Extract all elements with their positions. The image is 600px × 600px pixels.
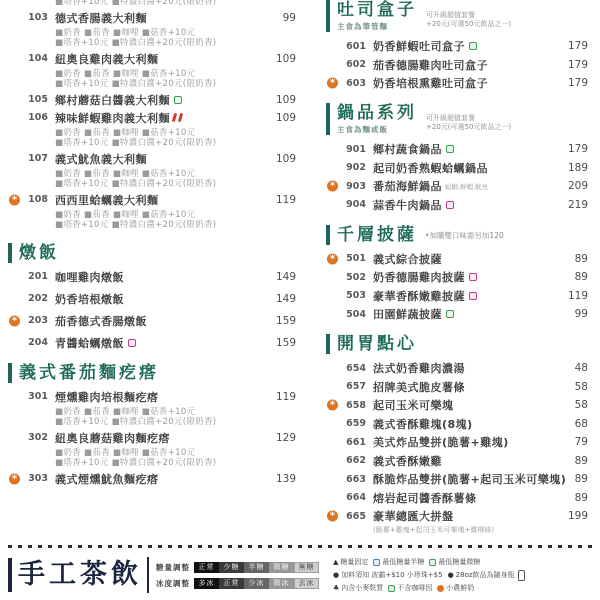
- badge-blue-icon: [373, 559, 380, 566]
- item-number: 105: [23, 94, 48, 105]
- recommended-badge-icon: *: [9, 473, 20, 484]
- item-number: 658: [341, 400, 366, 411]
- legend-row: ●加料須知 波霸+$10 小珍珠+$5●28oz飲品為隨身瓶: [328, 570, 525, 581]
- menu-item-row: *603奶香培根熏雞吐司盒子179: [326, 75, 594, 91]
- section-note-line: +20元(可選50元飲品之一): [426, 123, 511, 132]
- item-name: 奶香培根熏雞吐司盒子: [373, 75, 488, 91]
- section-title-box: 義式番茄麵疙瘩: [8, 363, 159, 383]
- item-name: 德式香腸義大利麵: [55, 10, 147, 26]
- menu-item-row: 201咖哩雞肉燉飯149: [8, 269, 302, 285]
- item-number: 665: [341, 511, 366, 522]
- magenta-badge-icon: [469, 273, 477, 281]
- item-price: 109: [272, 112, 296, 124]
- tea-section-title: 手工茶飲: [18, 558, 142, 592]
- item-price: 199: [564, 510, 588, 522]
- section-title-box: 千層披薩: [326, 225, 417, 245]
- item-price: 159: [272, 315, 296, 327]
- menu-item-row: 602茄香德腸雞肉吐司盒子179: [326, 57, 594, 73]
- menu-item-row: 104紐奧良雞肉義大利麵109: [8, 51, 302, 67]
- menu-item-row: *501義式綜合披薩89: [326, 251, 594, 267]
- section-title: 鍋品系列: [337, 103, 417, 123]
- item-price: 119: [564, 290, 588, 302]
- menu-item-row: *303義式煙燻魷魚麵疙瘩139: [8, 471, 302, 487]
- level-segment: 正常: [219, 578, 244, 589]
- badge-orange-icon: [437, 585, 444, 592]
- item-option-line: ■塔香+10元 ■特濃白醬+20元(限奶香): [8, 220, 302, 231]
- menu-item-row: 204青醬蛤蠣燉飯159: [8, 335, 302, 351]
- item-number: 659: [341, 418, 366, 429]
- menu-item-row: *665豪華總匯大拼盤199: [326, 508, 594, 524]
- item-number: 664: [341, 492, 366, 503]
- item-name: 起司玉米可樂塊: [373, 397, 454, 413]
- recommended-badge-icon: *: [9, 315, 20, 326]
- clover-icon: ♣: [333, 584, 339, 592]
- item-name: 奶香培根燉飯: [55, 291, 124, 307]
- item-option-line: ■奶香 ■茄香 ■咖哩 ■菇香+10元: [8, 210, 302, 221]
- menu-section: 義式番茄麵疙瘩301煙燻雞肉培根麵疙瘩119■奶香 ■茄香 ■咖哩 ■菇香+10…: [8, 363, 302, 487]
- item-price: 119: [272, 391, 296, 403]
- menu-item-row: *203茄香德式香腸燉飯159: [8, 313, 302, 329]
- section-title: 燉飯: [19, 243, 59, 263]
- item-price: 89: [571, 473, 588, 485]
- recommended-badge-icon: *: [327, 78, 338, 89]
- menu-item-row: 302紐奧良蘑菇雞肉麵疙瘩129: [8, 430, 302, 446]
- menu-item-row: 662義式香酥嫩雞89: [326, 453, 594, 469]
- item-number: 654: [341, 363, 366, 374]
- item-price: 48: [571, 362, 588, 374]
- item-price: 139: [272, 473, 296, 485]
- sugar-level-bar: 正常少糖半糖微糖無糖: [194, 562, 319, 573]
- item-name: 番茄海鮮鍋品: [373, 178, 442, 194]
- item-number: 601: [341, 41, 366, 52]
- item-option-line: ■奶香 ■茄香 ■咖哩 ■菇香+10元: [8, 448, 302, 459]
- item-price: 109: [272, 53, 296, 65]
- item-name: 義式香酥嫩雞: [373, 453, 442, 469]
- badge-green-icon: [388, 585, 395, 592]
- item-name: 奶香德腸雞肉披薩: [373, 269, 465, 285]
- section-subtitle: 主食為筆管麵: [337, 21, 417, 32]
- menu-right-column: 吐司盒子主食為筆管麵可升級超值套餐+20元(可選50元飲品之一)601奶香鮮蝦吐…: [326, 0, 594, 535]
- level-segment: 微冰: [269, 578, 294, 589]
- item-option-line: ■塔香+10元 ■特濃白醬+20元(限奶香): [8, 179, 302, 190]
- item-name: 熔岩起司醬香酥薯條: [373, 490, 477, 506]
- item-price: 89: [571, 492, 588, 504]
- item-name: 咖哩雞肉燉飯: [55, 269, 124, 285]
- vertical-divider: [147, 557, 149, 593]
- menu-item-row: 202奶香培根燉飯149: [8, 291, 302, 307]
- recommended-badge-icon: *: [9, 194, 20, 205]
- item-number: 203: [23, 315, 48, 326]
- legend-text: 28oz飲品為隨身瓶: [456, 570, 515, 580]
- item-price: 119: [272, 194, 296, 206]
- veggie-badge-icon: [446, 145, 454, 153]
- item-number: 904: [341, 199, 366, 210]
- item-price: 149: [272, 271, 296, 283]
- item-name: 酥脆炸品雙拼(脆薯+起司玉米可樂塊): [373, 471, 566, 487]
- menu-item-row: 904蒜香牛肉鍋品219: [326, 197, 594, 213]
- item-number: 107: [23, 153, 48, 164]
- item-number: 503: [341, 290, 366, 301]
- item-name: 起司奶香熟蝦蛤蠣鍋品: [373, 160, 488, 176]
- menu-item-row: 659義式香酥雞塊(8塊)68: [326, 416, 594, 432]
- veggie-badge-icon: [469, 42, 477, 50]
- sugar-level-row: 糖量調整 正常少糖半糖微糖無糖: [156, 562, 319, 573]
- dot-icon: ●: [448, 571, 454, 579]
- item-price: 179: [564, 143, 588, 155]
- item-name: 辣味鮮蝦雞肉義大利麵: [55, 110, 170, 126]
- level-segment: 半糖: [244, 562, 269, 573]
- item-number: 901: [341, 144, 366, 155]
- menu-item-row: 502奶香德腸雞肉披薩89: [326, 269, 594, 285]
- recommended-badge-icon: *: [327, 511, 338, 522]
- section-title: 吐司盒子: [337, 0, 417, 20]
- level-segment: 微糖: [269, 562, 294, 573]
- recommended-badge-icon: *: [327, 400, 338, 411]
- item-name: 義式綜合披薩: [373, 251, 442, 267]
- legend-text: 小農鮮奶: [446, 583, 474, 593]
- section-inline-note: •加購雙口味需另加120: [425, 230, 504, 245]
- item-name: 茄香德腸雞肉吐司盒子: [373, 57, 488, 73]
- menu-section: 鍋品系列主食為麵或飯可升級超值套餐+20元(可選50元飲品之一)901鄉村蔬食鍋…: [326, 103, 594, 213]
- menu-section: 千層披薩•加購雙口味需另加120*501義式綜合披薩89502奶香德腸雞肉披薩8…: [326, 225, 594, 323]
- menu-section: 燉飯201咖哩雞肉燉飯149202奶香培根燉飯149*203茄香德式香腸燉飯15…: [8, 243, 302, 351]
- item-number: 902: [341, 162, 366, 173]
- partial-option-line: ■塔香+10元 ■特濃白醬+20元(限奶香): [8, 0, 302, 8]
- item-name: 美式炸品雙拼(脆薯+雞塊): [373, 434, 509, 450]
- menu-item-row: 663酥脆炸品雙拼(脆薯+起司玉米可樂塊)89: [326, 471, 594, 487]
- section-title: 千層披薩: [337, 225, 417, 245]
- menu-item-row: 106辣味鮮蝦雞肉義大利麵109: [8, 110, 302, 126]
- footer-legend: ▲糖量固定最低糖量半糖最低糖量微糖●加料須知 波霸+$10 小珍珠+$5●28o…: [328, 557, 525, 593]
- item-small-note: 蛤蜊.鮮蝦.魷魚: [445, 182, 488, 191]
- item-price: 79: [571, 436, 588, 448]
- item-name: 義式魷魚義大利麵: [55, 151, 147, 167]
- level-segment: 正常: [194, 562, 219, 573]
- level-segment: 少糖: [219, 562, 244, 573]
- item-number: 502: [341, 272, 366, 283]
- menu-item-row: 504田園鮮蔬披薩99: [326, 306, 594, 322]
- item-name: 茄香德式香腸燉飯: [55, 313, 147, 329]
- menu-item-row: 654法式奶香雞肉濃湯48: [326, 360, 594, 376]
- spicy-icon: [178, 113, 183, 122]
- item-name: 招牌美式脆皮薯條: [373, 379, 465, 395]
- item-name: 義式煙燻魷魚麵疙瘩: [55, 471, 159, 487]
- item-number: 661: [341, 437, 366, 448]
- item-number: 202: [23, 293, 48, 304]
- item-option-line: ■奶香 ■茄香 ■咖哩 ■菇香+10元: [8, 69, 302, 80]
- ice-level-label: 冰度調整: [156, 578, 190, 589]
- legend-text: 加料須知 波霸+$10 小珍珠+$5: [341, 570, 442, 580]
- section-header: 義式番茄麵疙瘩: [8, 363, 302, 383]
- item-number: 106: [23, 112, 48, 123]
- menu-item-row: 661美式炸品雙拼(脆薯+雞塊)79: [326, 434, 594, 450]
- item-name: 蒜香牛肉鍋品: [373, 197, 442, 213]
- dashed-divider: [8, 545, 592, 548]
- item-option-line: ■塔香+10元 ■特濃白醬+20元(限奶香): [8, 38, 302, 49]
- legend-row: ♣內含小麥麩質不含咖啡因小農鮮奶: [328, 583, 525, 593]
- menu-item-row: *658起司玉米可樂塊58: [326, 397, 594, 413]
- item-number: 303: [23, 473, 48, 484]
- item-name: 鄉村蘑菇白醬義大利麵: [55, 92, 170, 108]
- ice-level-row: 冰度調整 多冰正常少冰微冰去冰: [156, 578, 319, 589]
- menu-item-row: 902起司奶香熟蝦蛤蠣鍋品189: [326, 160, 594, 176]
- section-note-line: 可升級超值套餐: [426, 11, 511, 20]
- item-name: 豪華香酥嫩雞披薩: [373, 288, 465, 304]
- legend-text: 糖量固定: [340, 557, 368, 567]
- legend-text: 內含小麥麩質: [341, 583, 383, 593]
- magenta-badge-icon: [128, 339, 136, 347]
- item-price: 159: [272, 337, 296, 349]
- item-number: 903: [341, 181, 366, 192]
- menu-item-row: 107義式魷魚義大利麵109: [8, 151, 302, 167]
- item-number: 602: [341, 59, 366, 70]
- section-header: 吐司盒子主食為筆管麵可升級超值套餐+20元(可選50元飲品之一): [326, 0, 594, 32]
- item-option-line: ■奶香 ■茄香 ■咖哩 ■菇香+10元: [8, 169, 302, 180]
- recommended-badge-icon: *: [327, 253, 338, 264]
- item-option-line: ■奶香 ■茄香 ■咖哩 ■菇香+10元: [8, 407, 302, 418]
- item-option-line: ■塔香+10元 ■特濃白醬+20元(限奶香): [8, 138, 302, 149]
- item-price: 109: [272, 94, 296, 106]
- veggie-badge-icon: [446, 310, 454, 318]
- item-name: 奶香鮮蝦吐司盒子: [373, 38, 465, 54]
- item-price: 149: [272, 293, 296, 305]
- menu-section: ■塔香+10元 ■特濃白醬+20元(限奶香)103德式香腸義大利麵99■奶香 ■…: [8, 0, 302, 231]
- menu-left-column: ■塔香+10元 ■特濃白醬+20元(限奶香)103德式香腸義大利麵99■奶香 ■…: [8, 0, 302, 489]
- legend-text: 最低糖量半糖: [382, 557, 424, 567]
- item-name: 田園鮮蔬披薩: [373, 306, 442, 322]
- item-price: 219: [564, 199, 588, 211]
- item-number: 302: [23, 432, 48, 443]
- item-price: 58: [571, 399, 588, 411]
- section-title-box: 燉飯: [8, 243, 59, 263]
- tea-footer: 手工茶飲 糖量調整 正常少糖半糖微糖無糖 冰度調整 多冰正常少冰微冰去冰 ▲糖量…: [0, 545, 600, 593]
- sugar-level-label: 糖量調整: [156, 562, 190, 573]
- menu-item-row: 301煙燻雞肉培根麵疙瘩119: [8, 389, 302, 405]
- section-title: 義式番茄麵疙瘩: [19, 363, 159, 383]
- item-price: 189: [564, 162, 588, 174]
- item-number: 504: [341, 309, 366, 320]
- triangle-icon: ▲: [333, 558, 338, 566]
- item-price: 99: [279, 12, 296, 24]
- item-price: 89: [571, 271, 588, 283]
- item-price: 179: [564, 77, 588, 89]
- recommended-badge-icon: *: [327, 181, 338, 192]
- magenta-badge-icon: [469, 292, 477, 300]
- item-price: 179: [564, 59, 588, 71]
- section-header: 開胃點心: [326, 334, 594, 354]
- section-title-box: 鍋品系列主食為麵或飯: [326, 103, 417, 135]
- menu-item-row: 105鄉村蘑菇白醬義大利麵109: [8, 92, 302, 108]
- item-name: 豪華總匯大拼盤: [373, 508, 454, 524]
- item-number: 108: [23, 194, 48, 205]
- item-name: 青醬蛤蠣燉飯: [55, 335, 124, 351]
- section-note: 可升級超值套餐+20元(可選50元飲品之一): [426, 114, 511, 135]
- item-price: 99: [571, 308, 588, 320]
- level-segment: 去冰: [294, 578, 319, 589]
- item-number: 603: [341, 78, 366, 89]
- section-title: 開胃點心: [337, 334, 417, 354]
- item-name: 西西里蛤蠣義大利麵: [55, 192, 159, 208]
- item-sub-note: (脆薯+雞塊+起司玉米可樂塊+雞柳條): [326, 526, 594, 535]
- item-option-line: ■奶香 ■茄香 ■咖哩 ■菇香+10元: [8, 28, 302, 39]
- ice-level-bar: 多冰正常少冰微冰去冰: [194, 578, 319, 589]
- menu-item-row: 901鄉村蔬食鍋品179: [326, 141, 594, 157]
- level-segment: 少冰: [244, 578, 269, 589]
- dot-icon: ●: [333, 571, 339, 579]
- item-number: 657: [341, 381, 366, 392]
- item-number: 301: [23, 391, 48, 402]
- legend-text: 不含咖啡因: [397, 583, 432, 593]
- item-name: 鄉村蔬食鍋品: [373, 141, 442, 157]
- item-name: 紐奧良雞肉義大利麵: [55, 51, 159, 67]
- menu-section: 吐司盒子主食為筆管麵可升級超值套餐+20元(可選50元飲品之一)601奶香鮮蝦吐…: [326, 0, 594, 91]
- magenta-badge-icon: [446, 201, 454, 209]
- section-subtitle: 主食為麵或飯: [337, 124, 417, 135]
- item-name: 義式香酥雞塊(8塊): [373, 416, 473, 432]
- item-price: 179: [564, 40, 588, 52]
- level-segment: 無糖: [294, 562, 319, 573]
- menu-item-row: 664熔岩起司醬香酥薯條89: [326, 490, 594, 506]
- menu-page: ■塔香+10元 ■特濃白醬+20元(限奶香)103德式香腸義大利麵99■奶香 ■…: [0, 0, 600, 600]
- item-number: 103: [23, 12, 48, 23]
- item-price: 68: [571, 418, 588, 430]
- veggie-badge-icon: [174, 96, 182, 104]
- section-note: 可升級超值套餐+20元(可選50元飲品之一): [426, 11, 511, 32]
- section-title-box: 吐司盒子主食為筆管麵: [326, 0, 417, 32]
- item-price: 89: [571, 455, 588, 467]
- section-note-line: +20元(可選50元飲品之一): [426, 20, 511, 29]
- section-header: 千層披薩•加購雙口味需另加120: [326, 225, 594, 245]
- bottle-icon: [518, 570, 525, 581]
- item-number: 662: [341, 455, 366, 466]
- tea-title-box: 手工茶飲: [8, 558, 142, 592]
- menu-item-row: 103德式香腸義大利麵99: [8, 10, 302, 26]
- item-name: 法式奶香雞肉濃湯: [373, 360, 465, 376]
- item-price: 109: [272, 153, 296, 165]
- menu-item-row: *108西西里蛤蠣義大利麵119: [8, 192, 302, 208]
- legend-text: 最低糖量微糖: [438, 557, 480, 567]
- section-title-box: 開胃點心: [326, 334, 417, 354]
- spicy-icon: [172, 113, 177, 122]
- item-number: 104: [23, 53, 48, 64]
- item-name: 紐奧良蘑菇雞肉麵疙瘩: [55, 430, 170, 446]
- item-price: 209: [564, 180, 588, 192]
- item-price: 58: [571, 381, 588, 393]
- item-number: 204: [23, 337, 48, 348]
- legend-row: ▲糖量固定最低糖量半糖最低糖量微糖: [328, 557, 525, 567]
- menu-section: 開胃點心654法式奶香雞肉濃湯48657招牌美式脆皮薯條58*658起司玉米可樂…: [326, 334, 594, 535]
- badge-green-icon: [429, 559, 436, 566]
- section-header: 燉飯: [8, 243, 302, 263]
- menu-item-row: 601奶香鮮蝦吐司盒子179: [326, 38, 594, 54]
- item-number: 501: [341, 253, 366, 264]
- item-option-line: ■塔香+10元 ■特濃白醬+20元(限奶香): [8, 458, 302, 469]
- menu-item-row: 503豪華香酥嫩雞披薩119: [326, 288, 594, 304]
- section-header: 鍋品系列主食為麵或飯可升級超值套餐+20元(可選50元飲品之一): [326, 103, 594, 135]
- item-name: 煙燻雞肉培根麵疙瘩: [55, 389, 159, 405]
- item-option-line: ■塔香+10元 ■特濃白醬+20元(限奶香): [8, 79, 302, 90]
- menu-item-row: 657招牌美式脆皮薯條58: [326, 379, 594, 395]
- item-option-line: ■塔香+10元 ■特濃白醬+20元(限奶香): [8, 417, 302, 428]
- item-number: 663: [341, 474, 366, 485]
- item-option-line: ■奶香 ■茄香 ■咖哩 ■菇香+10元: [8, 128, 302, 139]
- menu-item-row: *903番茄海鮮鍋品蛤蜊.鮮蝦.魷魚209: [326, 178, 594, 194]
- section-note-line: 可升級超值套餐: [426, 114, 511, 123]
- level-segment: 多冰: [194, 578, 219, 589]
- item-number: 201: [23, 271, 48, 282]
- item-price: 129: [272, 432, 296, 444]
- item-price: 89: [571, 253, 588, 265]
